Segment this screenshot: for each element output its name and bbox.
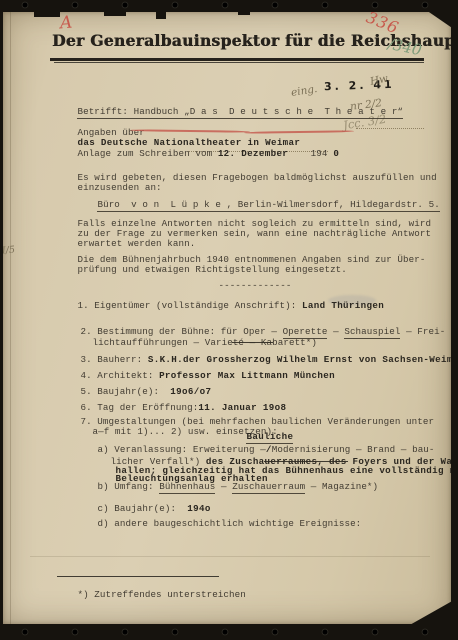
q7b-label: b) Umfang:: [97, 481, 159, 492]
paper-corner-shadow-topright: [426, 10, 458, 32]
letterhead-rule-thick: [50, 58, 424, 61]
footnote-rule: [57, 576, 219, 577]
q7b-buehnenhaus-underlined: Bühnenhaus: [159, 481, 215, 494]
q2-post: — Frei-: [400, 326, 445, 337]
footnote-line: *) Zutreffendes unterstreichen: [55, 580, 246, 610]
enclosure-year-printed: 194: [288, 148, 327, 159]
q2-schauspiel-underlined: Schauspiel: [344, 326, 400, 339]
enclosure-label: Anlage zum Schreiben vom: [77, 148, 217, 159]
film-notch: [238, 12, 250, 15]
letterhead-rule-thin: [54, 62, 424, 63]
film-edge-bottom: [0, 624, 458, 640]
enclosure-date: 12. Dezember: [218, 148, 288, 159]
q7b-zuschauerraum-underlined: Zuschauerraum: [232, 481, 305, 494]
q7b-dash: —: [215, 481, 232, 492]
film-notch: [156, 12, 166, 19]
film-notch: [104, 12, 126, 16]
q7d-label: d) andere baugeschichtlich wichtige Erei…: [97, 518, 361, 529]
film-edge-top: [0, 0, 458, 12]
paper-crease-horizontal: [30, 556, 430, 557]
handwritten-letter-a: A: [59, 13, 73, 34]
subject-text: Betrifft: Handbuch „D a s D e u t s c h …: [77, 106, 403, 119]
separator-text: -------------: [218, 280, 291, 291]
film-edge-right: [451, 0, 458, 640]
q1-answer: Land Thüringen: [302, 300, 384, 311]
microfilm-scan: Der Generalbauinspektor für die Reichsha…: [0, 0, 458, 640]
q7b-post: — Magazine*): [305, 481, 378, 492]
paper-corner-shadow-bottomright: [408, 600, 454, 626]
footnote-text: *) Zutreffendes unterstreichen: [77, 589, 245, 600]
paper-crease-vertical: [10, 12, 11, 624]
q1-label: 1. Eigentümer (vollständige Anschrift):: [77, 300, 302, 311]
question-7d: d) andere baugeschichtlich wichtige Erei…: [75, 509, 361, 539]
film-notch: [34, 12, 60, 17]
q2-dash: —: [327, 326, 344, 337]
enclosure-year-typed: 0: [327, 148, 339, 159]
film-edge-left: [0, 0, 3, 640]
left-margin-mark: I/5: [1, 244, 15, 256]
